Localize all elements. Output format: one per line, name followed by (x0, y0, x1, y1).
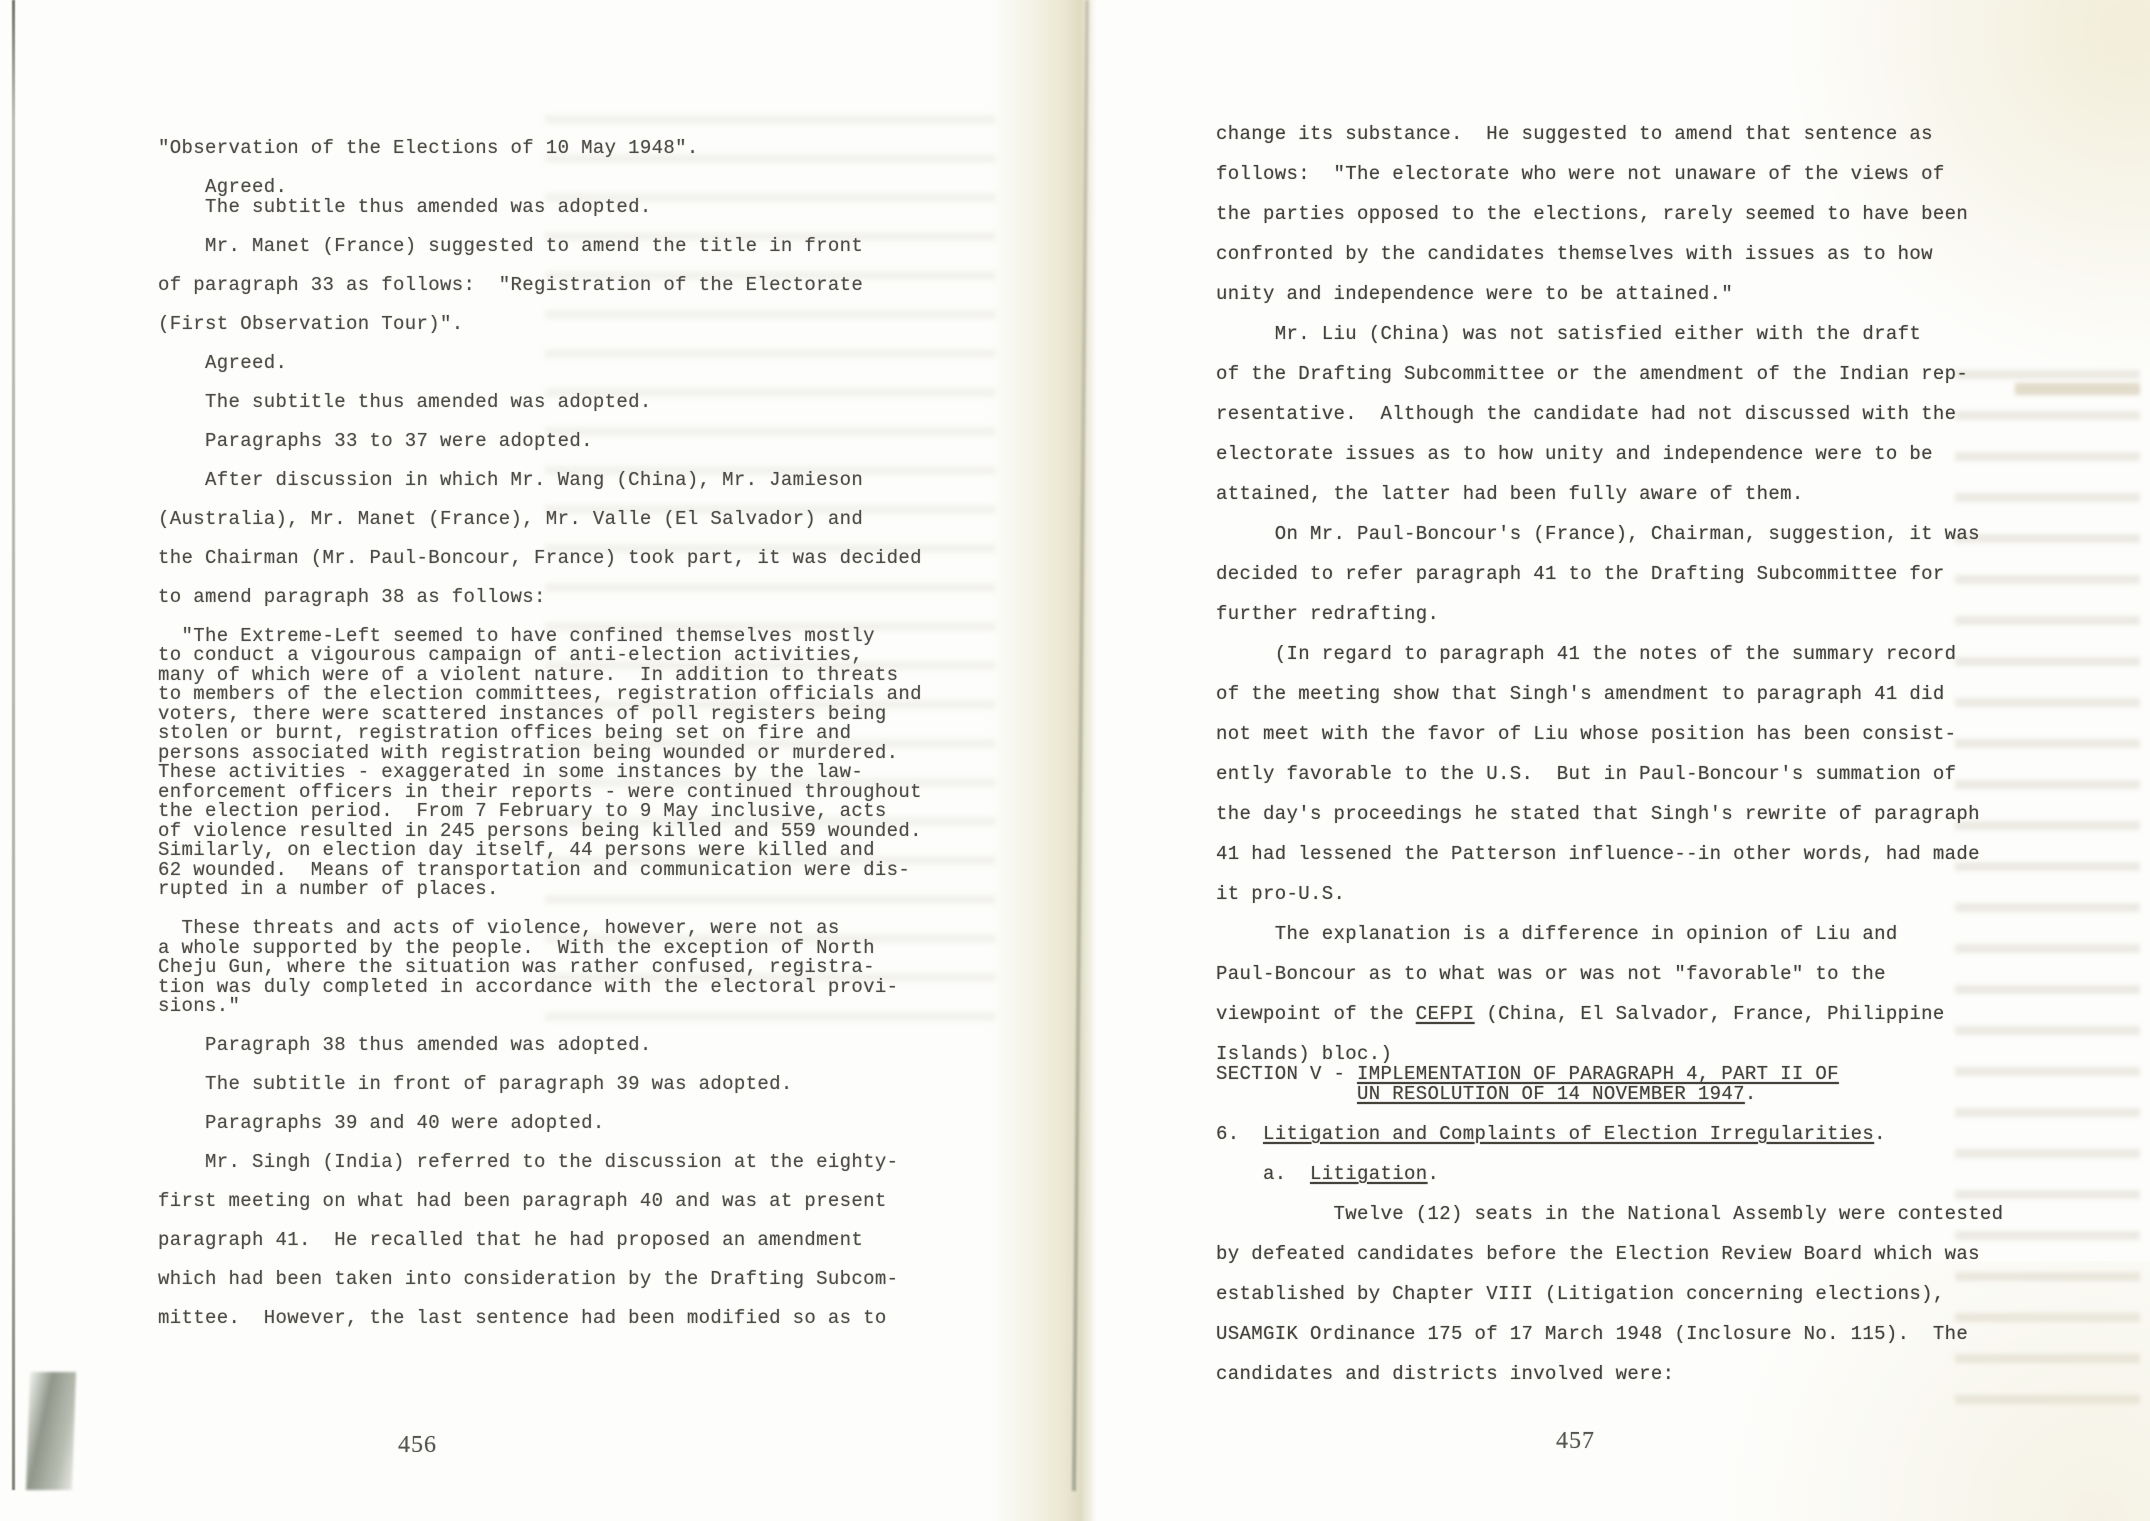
text-line: resentative. Although the candidate had … (1216, 404, 2096, 424)
text-line (1216, 944, 2096, 964)
text-line: follows: "The electorate who were not un… (1216, 164, 2096, 184)
text-line: The explanation is a difference in opini… (1216, 924, 2096, 944)
text-line: On Mr. Paul-Boncour's (France), Chairman… (1216, 524, 2096, 544)
text-line (1216, 1144, 2096, 1164)
text-line: Mr. Singh (India) referred to the discus… (158, 1153, 1018, 1173)
right-page-text: change its substance. He suggested to am… (1216, 124, 2096, 1384)
text-line: After discussion in which Mr. Wang (Chin… (158, 471, 1018, 491)
text-line: viewpoint of the CEFPI (China, El Salvad… (1216, 1004, 2096, 1024)
text-line: Paragraphs 39 and 40 were adopted. (158, 1114, 1018, 1134)
text-segment: SECTION V - (1216, 1063, 1357, 1085)
text-line: it pro-U.S. (1216, 884, 2096, 904)
underlined-text: CEFPI (1416, 1003, 1475, 1025)
text-line (158, 373, 1018, 393)
text-line (158, 295, 1018, 315)
text-line: not meet with the favor of Liu whose pos… (1216, 724, 2096, 744)
text-line: Paragraphs 33 to 37 were adopted. (158, 432, 1018, 452)
text-line: unity and independence were to be attain… (1216, 284, 2096, 304)
left-scan-edge-line (12, 0, 15, 1490)
text-line: 41 had lessened the Patterson influence-… (1216, 844, 2096, 864)
text-line (1216, 624, 2096, 644)
text-line (158, 451, 1018, 471)
text-segment: 6. (1216, 1123, 1263, 1145)
underlined-text: Litigation and Complaints of Election Ir… (1263, 1123, 1874, 1145)
text-line (158, 529, 1018, 549)
text-line: (Australia), Mr. Manet (France), Mr. Val… (158, 510, 1018, 530)
text-line (1216, 584, 2096, 604)
text-line (158, 607, 1018, 627)
text-line: Paul-Boncour as to what was or was not "… (1216, 964, 2096, 984)
text-segment: a. (1216, 1163, 1310, 1185)
text-line (1216, 984, 2096, 1004)
text-line: established by Chapter VIII (Litigation … (1216, 1284, 2096, 1304)
text-line (1216, 224, 2096, 244)
left-page-text: "Observation of the Elections of 10 May … (158, 139, 1018, 1329)
text-line: the election period. From 7 February to … (158, 802, 1018, 822)
text-line: The subtitle thus amended was adopted. (158, 198, 1018, 218)
text-line (1216, 1264, 2096, 1284)
text-line (158, 490, 1018, 510)
text-line (1216, 1224, 2096, 1244)
text-line: (In regard to paragraph 41 the notes of … (1216, 644, 2096, 664)
text-line (1216, 824, 2096, 844)
text-line: Agreed. (158, 178, 1018, 198)
text-line (1216, 664, 2096, 684)
text-line (158, 412, 1018, 432)
text-line (1216, 744, 2096, 764)
text-line: The subtitle thus amended was adopted. (158, 393, 1018, 413)
text-line: of paragraph 33 as follows: "Registratio… (158, 276, 1018, 296)
text-line: rupted in a number of places. (158, 880, 1018, 900)
text-line (1216, 464, 2096, 484)
text-line: of the Drafting Subcommittee or the amen… (1216, 364, 2096, 384)
text-line: confronted by the candidates themselves … (1216, 244, 2096, 264)
text-line: These threats and acts of violence, howe… (158, 919, 1018, 939)
text-line: sions." (158, 997, 1018, 1017)
text-segment (1216, 1083, 1357, 1105)
text-line: stolen or burnt, registration offices be… (158, 724, 1018, 744)
text-segment: (China, El Salvador, France, Philippine (1475, 1003, 1945, 1025)
text-line: change its substance. He suggested to am… (1216, 124, 2096, 144)
text-line: by defeated candidates before the Electi… (1216, 1244, 2096, 1264)
text-line (1216, 184, 2096, 204)
text-line (1216, 1344, 2096, 1364)
underlined-text: UN RESOLUTION OF 14 NOVEMBER 1947 (1357, 1083, 1745, 1105)
text-line (1216, 504, 2096, 524)
text-line (1216, 304, 2096, 324)
text-line (1216, 1104, 2096, 1124)
text-line: Mr. Liu (China) was not satisfied either… (1216, 324, 2096, 344)
text-line: decided to refer paragraph 41 to the Dra… (1216, 564, 2096, 584)
text-line (1216, 1184, 2096, 1204)
text-line: a. Litigation. (1216, 1164, 2096, 1184)
text-line: to amend paragraph 38 as follows: (158, 588, 1018, 608)
underlined-text: IMPLEMENTATION OF PARAGRAPH 4, PART II O… (1357, 1063, 1839, 1085)
text-line (158, 256, 1018, 276)
bottom-left-page-edge (26, 1372, 76, 1490)
scanned-book-spread: "Observation of the Elections of 10 May … (0, 0, 2150, 1521)
text-segment: . (1428, 1163, 1440, 1185)
text-line (158, 217, 1018, 237)
text-line (1216, 264, 2096, 284)
text-line: Cheju Gun, where the situation was rathe… (158, 958, 1018, 978)
text-line: Similarly, on election day itself, 44 pe… (158, 841, 1018, 861)
text-line (1216, 344, 2096, 364)
text-line: to members of the election committees, r… (158, 685, 1018, 705)
text-segment: . (1874, 1123, 1886, 1145)
text-segment: . (1745, 1083, 1757, 1105)
text-line (1216, 424, 2096, 444)
text-line: Mr. Manet (France) suggested to amend th… (158, 237, 1018, 257)
right-page-number: 457 (1556, 1428, 1595, 1455)
text-line: further redrafting. (1216, 604, 2096, 624)
text-line (158, 159, 1018, 179)
text-line: which had been taken into consideration … (158, 1270, 1018, 1290)
text-line: "Observation of the Elections of 10 May … (158, 139, 1018, 159)
text-line: the Chairman (Mr. Paul-Boncour, France) … (158, 549, 1018, 569)
text-line (1216, 144, 2096, 164)
text-line (1216, 544, 2096, 564)
text-line (1216, 904, 2096, 924)
text-line (1216, 784, 2096, 804)
text-line (1216, 704, 2096, 724)
text-line: tion was duly completed in accordance wi… (158, 978, 1018, 998)
text-line: the day's proceedings he stated that Sin… (1216, 804, 2096, 824)
text-line (1216, 1304, 2096, 1324)
text-line: (First Observation Tour)". (158, 315, 1018, 335)
text-line: UN RESOLUTION OF 14 NOVEMBER 1947. (1216, 1084, 2096, 1104)
text-line (158, 334, 1018, 354)
text-line: Agreed. (158, 354, 1018, 374)
text-line: paragraph 41. He recalled that he had pr… (158, 1231, 1018, 1251)
text-line: first meeting on what had been paragraph… (158, 1192, 1018, 1212)
text-line: Islands) bloc.) (1216, 1044, 2096, 1064)
text-line: mittee. However, the last sentence had b… (158, 1309, 1018, 1329)
text-line: SECTION V - IMPLEMENTATION OF PARAGRAPH … (1216, 1064, 2096, 1084)
text-line (158, 568, 1018, 588)
text-line: of the meeting show that Singh's amendme… (1216, 684, 2096, 704)
text-line: USAMGIK Ordinance 175 of 17 March 1948 (… (1216, 1324, 2096, 1344)
text-line: candidates and districts involved were: (1216, 1364, 2096, 1384)
left-page-number: 456 (398, 1432, 437, 1459)
text-line: These activities - exaggerated in some i… (158, 763, 1018, 783)
text-line: electorate issues as to how unity and in… (1216, 444, 2096, 464)
text-line: 6. Litigation and Complaints of Election… (1216, 1124, 2096, 1144)
text-line: to conduct a vigourous campaign of anti-… (158, 646, 1018, 666)
text-line: attained, the latter had been fully awar… (1216, 484, 2096, 504)
text-line: ently favorable to the U.S. But in Paul-… (1216, 764, 2096, 784)
text-line: Paragraph 38 thus amended was adopted. (158, 1036, 1018, 1056)
text-line: The subtitle in front of paragraph 39 wa… (158, 1075, 1018, 1095)
text-line (1216, 1024, 2096, 1044)
text-line: the parties opposed to the elections, ra… (1216, 204, 2096, 224)
underlined-text: Litigation (1310, 1163, 1428, 1185)
text-segment: viewpoint of the (1216, 1003, 1416, 1025)
text-line (1216, 384, 2096, 404)
text-line (1216, 864, 2096, 884)
text-line: Twelve (12) seats in the National Assemb… (1216, 1204, 2096, 1224)
